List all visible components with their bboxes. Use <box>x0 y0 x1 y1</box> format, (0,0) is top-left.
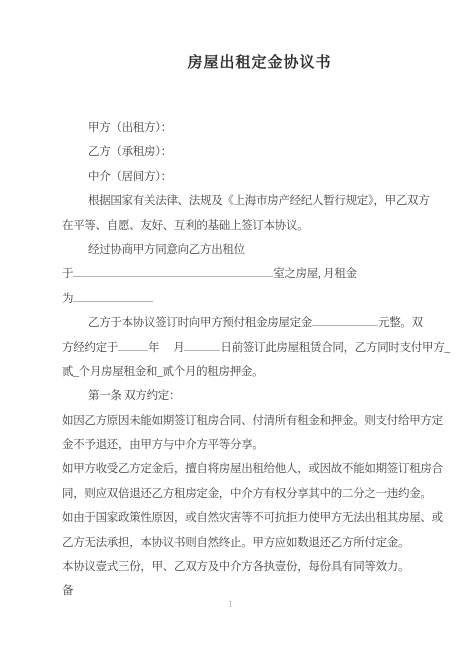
clause3-line-2: 乙方无法承担，本协议书则自然终止。甲方应如数退还乙方所付定金。 <box>62 531 457 555</box>
months-line: 贰_个月房屋租金和_贰个月的租房押金。 <box>62 360 457 384</box>
party-b-line: 乙方（承租房）： <box>62 140 457 164</box>
location-pre-text: 于 <box>62 268 73 280</box>
document-title: 房屋出租定金协议书 <box>62 52 457 74</box>
document-page: 房屋出租定金协议书 甲方（出租方）： 乙方（承租房）： 中介（居间方）： 根据国… <box>0 0 461 653</box>
remark-text: 备 <box>62 585 73 597</box>
agent-label: 中介（居间方）： <box>88 171 172 183</box>
clause3-text-2: 乙方无法承担，本协议书则自然终止。甲方应如数退还乙方所付定金。 <box>62 537 409 549</box>
location-post-text: 室之房屋, 月租金 <box>273 268 357 280</box>
intro-text-1: 根据国家有关法律、法规及《上海市房产经纪人暂行规定》，甲乙双方 <box>88 195 429 207</box>
date-month-text: 月 <box>173 342 184 354</box>
date-year-blank-field <box>118 338 148 351</box>
clause1-title-text: 第一条 双方约定： <box>88 390 180 402</box>
party-b-label: 乙方（承租房）： <box>88 146 172 158</box>
clause1-line-2: 金不予退还，由甲方与中介方平等分享。 <box>62 433 457 457</box>
deposit-post-text: 元整。双 <box>378 317 423 329</box>
clause2-text-2: 同，则应双倍退还乙方租房定金，中介方有权分享其中的二分之一违约金。 <box>62 488 432 500</box>
intro-line-1: 根据国家有关法律、法规及《上海市房产经纪人暂行规定》，甲乙双方 <box>62 189 457 213</box>
deposit-amount-blank-field <box>312 313 378 326</box>
date-line: 方经约定于年月日前签订此房屋租赁合同，乙方同时支付甲方_ <box>62 336 457 360</box>
consent-text: 经过协商甲方同意向乙方出租位 <box>88 244 245 256</box>
clause2-line-2: 同，则应双倍退还乙方租房定金，中介方有权分享其中的二分之一违约金。 <box>62 482 457 506</box>
agent-line: 中介（居间方）： <box>62 165 457 189</box>
date-day-blank-field <box>184 338 220 351</box>
location-line: 于室之房屋, 月租金 <box>62 262 457 286</box>
date-year-text: 年 <box>148 342 159 354</box>
intro-text-2: 在平等、自愿、友好、互利的基础上签订本协议。 <box>62 220 308 232</box>
consent-line: 经过协商甲方同意向乙方出租位 <box>62 238 457 262</box>
date-pre-text: 方经约定于 <box>62 342 118 354</box>
clause2-text-1: 如甲方收受乙方定金后，擅自将房屋出租给他人，或因故不能如期签订租房合 <box>62 463 443 475</box>
months-text: 贰_个月房屋租金和_贰个月的租房押金。 <box>62 366 263 378</box>
copies-text: 本协议壹式三份，甲、乙双方及中介方各执壹份，每份具有同等效力。 <box>62 561 409 573</box>
deposit-line: 乙方于本协议签订时向甲方预付租金房屋定金元整。双 <box>62 311 457 335</box>
rent-pre-text: 为 <box>62 293 73 305</box>
clause2-line-1: 如甲方收受乙方定金后，擅自将房屋出租给他人，或因故不能如期签订租房合 <box>62 457 457 481</box>
intro-line-2: 在平等、自愿、友好、互利的基础上签订本协议。 <box>62 214 457 238</box>
location-blank-field <box>73 264 273 277</box>
document-content: 房屋出租定金协议书 甲方（出租方）： 乙方（承租房）： 中介（居间方）： 根据国… <box>62 52 457 604</box>
clause1-title-line: 第一条 双方约定： <box>62 384 457 408</box>
clause3-text-1: 如由于国家政策性原因，或自然灾害等不可抗拒力使甲方无法出租其房屋、或 <box>62 512 443 524</box>
clause1-line-1: 如因乙方原因未能如期签订租房合同、付清所有租金和押金。则支付给甲方定 <box>62 409 457 433</box>
clause3-line-1: 如由于国家政策性原因，或自然灾害等不可抗拒力使甲方无法出租其房屋、或 <box>62 506 457 530</box>
date-post-text: 日前签订此房屋租赁合同，乙方同时支付甲方_ <box>220 342 449 354</box>
copies-line: 本协议壹式三份，甲、乙双方及中介方各执壹份，每份具有同等效力。 <box>62 555 457 579</box>
clause1-text-1: 如因乙方原因未能如期签订租房合同、付清所有租金和押金。则支付给甲方定 <box>62 415 443 427</box>
party-a-label: 甲方（出租方）： <box>88 122 172 134</box>
rent-blank-field <box>73 289 153 302</box>
deposit-pre-text: 乙方于本协议签订时向甲方预付租金房屋定金 <box>88 317 312 329</box>
page-number: 1 <box>0 599 461 609</box>
rent-line: 为 <box>62 287 457 311</box>
party-a-line: 甲方（出租方）： <box>62 116 457 140</box>
clause1-text-2: 金不予退还，由甲方与中介方平等分享。 <box>62 439 264 451</box>
